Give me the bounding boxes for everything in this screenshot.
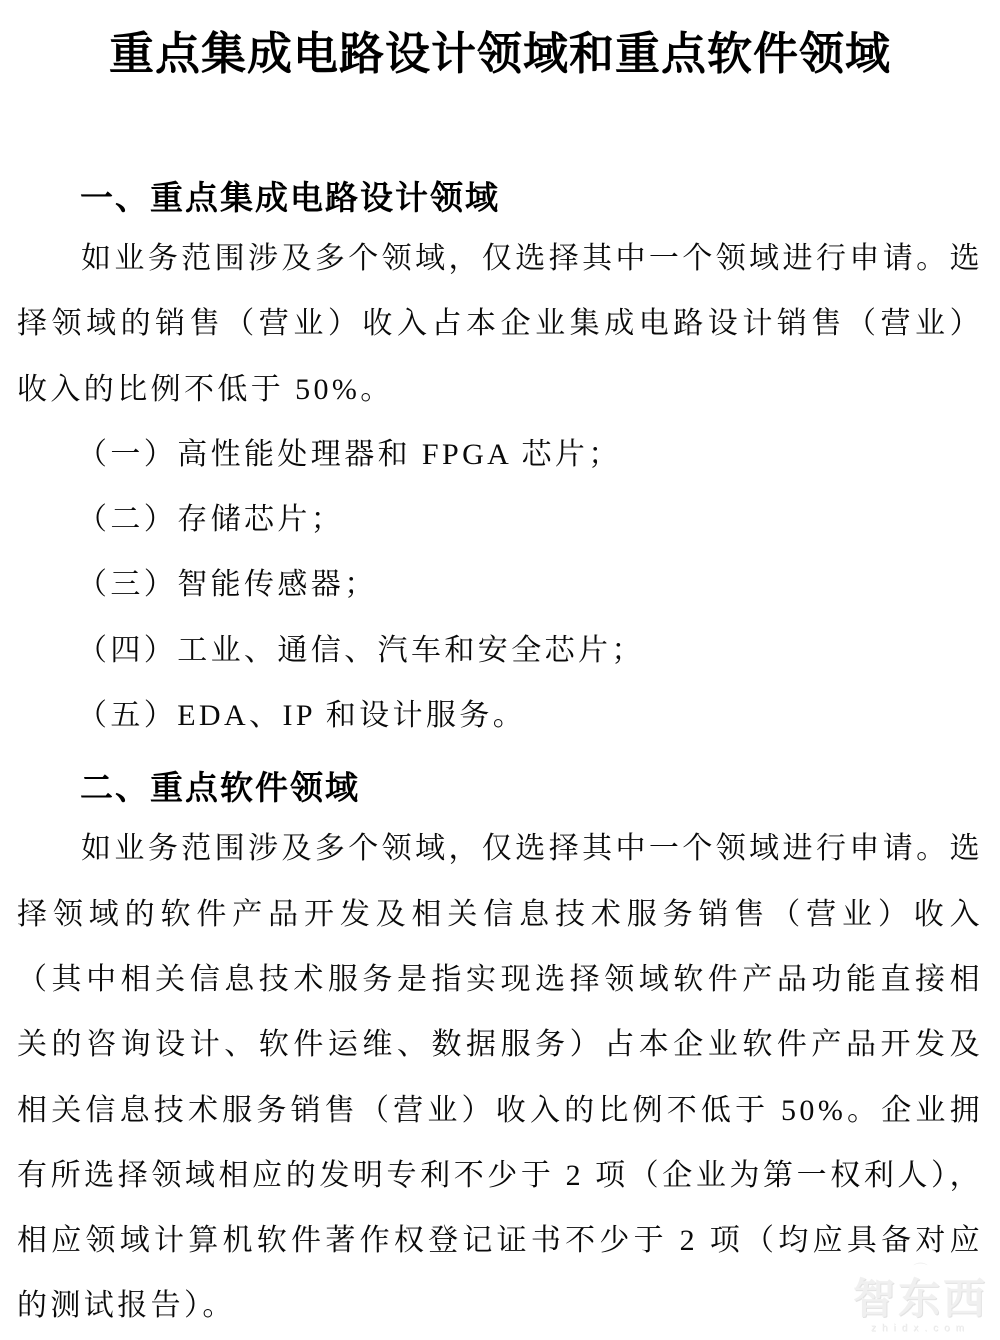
section-1-paragraph: 如业务范围涉及多个领域，仅选择其中一个领域进行申请。选择领域的销售（营业）收入占… bbox=[17, 226, 983, 422]
document-title: 重点集成电路设计领域和重点软件领域 bbox=[17, 26, 983, 82]
section-1-heading: 一、重点集成电路设计领域 bbox=[17, 178, 983, 218]
section-software: 二、重点软件领域 如业务范围涉及多个领域，仅选择其中一个领域进行申请。选择领域的… bbox=[17, 768, 983, 1338]
document-page: 重点集成电路设计领域和重点软件领域 一、重点集成电路设计领域 如业务范围涉及多个… bbox=[0, 0, 1000, 1340]
section-2-heading: 二、重点软件领域 bbox=[17, 768, 983, 808]
section-2-paragraph: 如业务范围涉及多个领域，仅选择其中一个领域进行申请。选择领域的软件产品开发及相关… bbox=[17, 816, 983, 1338]
list-item: （三）智能传感器； bbox=[17, 552, 983, 617]
list-item: （二）存储芯片； bbox=[17, 487, 983, 552]
section-ic-design: 一、重点集成电路设计领域 如业务范围涉及多个领域，仅选择其中一个领域进行申请。选… bbox=[17, 178, 983, 748]
section-1-list: （一）高性能处理器和 FPGA 芯片； （二）存储芯片； （三）智能传感器； （… bbox=[17, 422, 983, 748]
list-item: （一）高性能处理器和 FPGA 芯片； bbox=[17, 422, 983, 487]
list-item: （五）EDA、IP 和设计服务。 bbox=[17, 683, 983, 748]
list-item: （四）工业、通信、汽车和安全芯片； bbox=[17, 618, 983, 683]
